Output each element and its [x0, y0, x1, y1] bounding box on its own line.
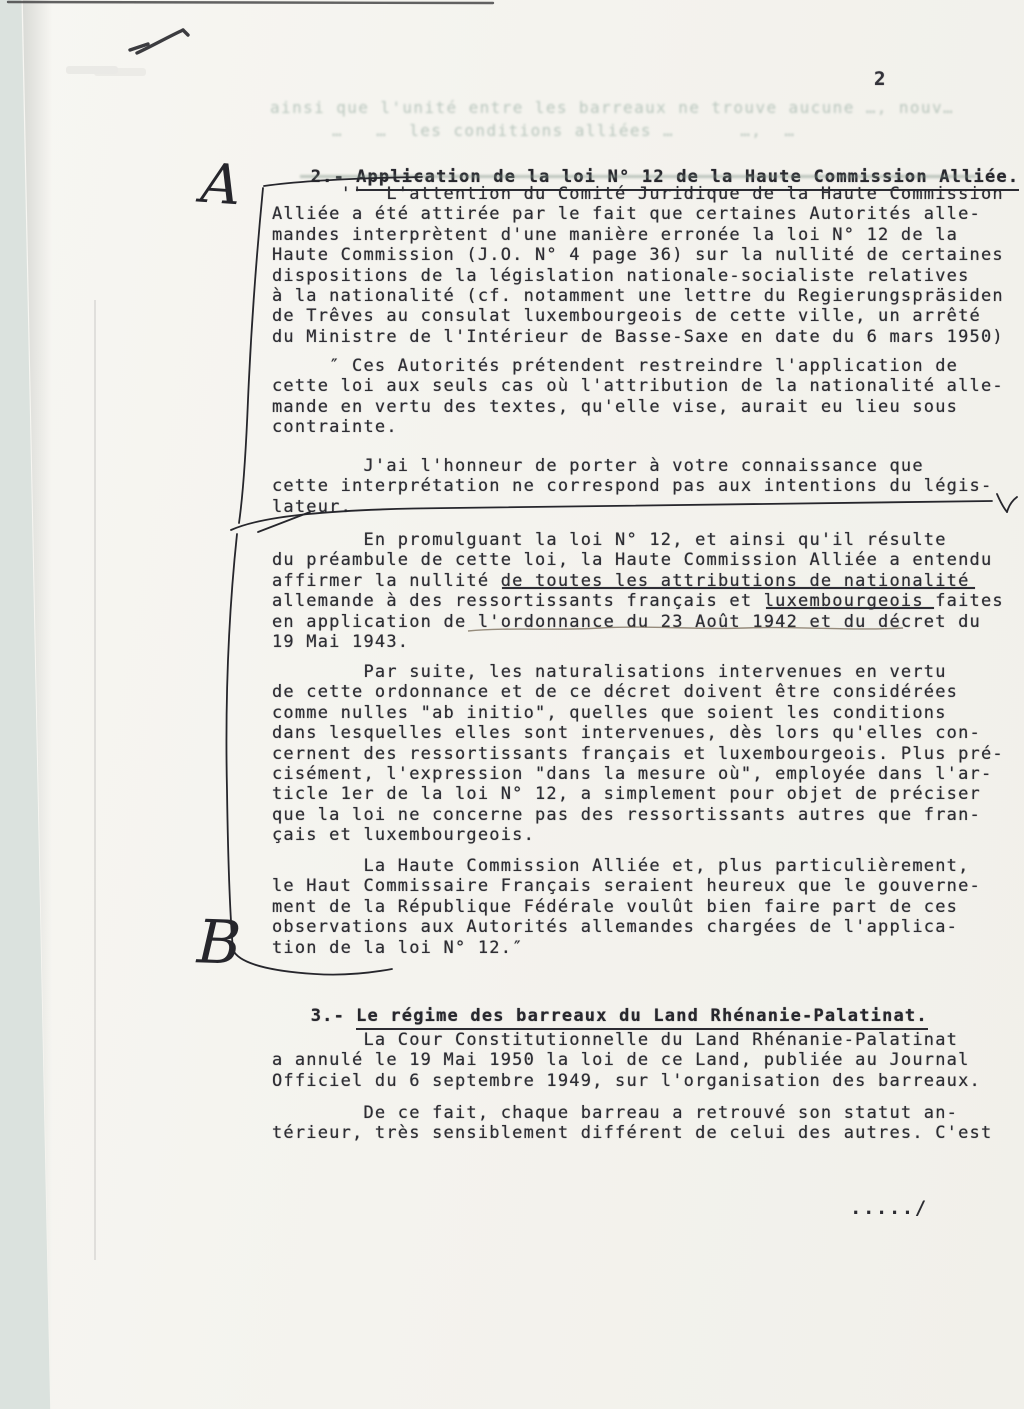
typed-underline-luxembourgeois [766, 607, 934, 609]
section-3-title: Le régime des barreaux du Land Rhénanie-… [356, 1006, 928, 1030]
paragraph-6: La Haute Commission Alliée et, plus part… [272, 856, 981, 958]
heading-ghost-underline [300, 175, 976, 178]
staple-holes [66, 66, 118, 74]
ghost-bleedthrough-line-2: … … les conditions alliées … …, … [332, 121, 795, 140]
section-3-number: 3.- [311, 1006, 345, 1026]
paragraph-5: Par suite, les naturalisations intervenu… [272, 662, 1004, 846]
scanned-document: 2 ainsi que l'unité entre les barreaux n… [0, 0, 1024, 1409]
ghost-bleedthrough-line-1: ainsi que l'unité entre les barreaux ne … [270, 98, 954, 117]
paragraph-2: ″ Ces Autorités prétendent restreindre l… [272, 356, 1004, 438]
handwritten-letter-a: A [199, 151, 243, 218]
page-number: 2 [874, 68, 885, 90]
typed-underline-attributions [502, 587, 975, 589]
paper-left-edge-shadow [18, 0, 58, 1409]
paper-crease-line [94, 300, 96, 1260]
paragraph-8: De ce fait, chaque barreau a retrouvé so… [272, 1103, 992, 1144]
handwritten-letter-b: B [196, 907, 243, 978]
paragraph-4: En promulguant la loi N° 12, et ainsi qu… [272, 530, 1004, 652]
paragraph-3: J'ai l'honneur de porter à votre connais… [272, 456, 992, 517]
continuation-mark: ...../ [850, 1197, 928, 1219]
paragraph-7: La Cour Constitutionnelle du Land Rhénan… [272, 1030, 981, 1091]
paragraph-1: '' L'attention du Comité Juridique de la… [272, 184, 1004, 347]
